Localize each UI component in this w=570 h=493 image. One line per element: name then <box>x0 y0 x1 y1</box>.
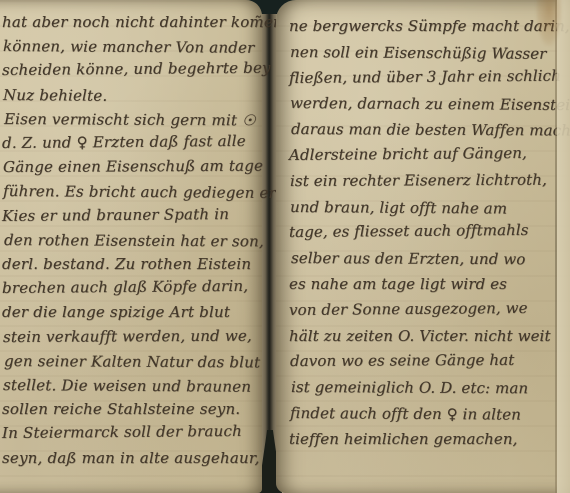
left-page: hat aber noch nicht dahinter kom̃enkönne… <box>0 0 262 493</box>
page-fore-edge-strip <box>557 0 570 493</box>
manuscript-text-line: In Steiermarck soll der brauch <box>2 419 262 445</box>
paper-stain <box>536 0 562 46</box>
manuscript-text-line: ne bergwercks Sümpfe macht darin, <box>289 14 570 40</box>
right-page: ne bergwercks Sümpfe macht darin,nen sol… <box>276 0 570 493</box>
manuscript-text-line: Nuz behielte. <box>3 83 263 109</box>
manuscript-text-line: von der Sonne ausgezogen, we <box>289 295 570 323</box>
manuscript-text-line: d. Z. und ♀ Erzten daß fast alle <box>2 129 262 155</box>
manuscript-text-line: brechen auch glaß Köpfe darin, <box>2 274 262 300</box>
manuscript-text-line: seyn, daß man in alte ausgehaur, <box>2 446 262 470</box>
manuscript-text-line: ist gemeiniglich O. D. etc: man <box>291 375 570 402</box>
manuscript-text-line: stein verkaufft werden, und we, <box>3 323 263 349</box>
manuscript-text-line: tieffen heimlichen gemachen, <box>289 427 570 453</box>
manuscript-text-line: selber aus den Erzten, und wo <box>291 246 570 273</box>
manuscript-text-line: hält zu zeiten O. Victer. nicht weit <box>289 324 570 350</box>
manuscript-text-line: sollen reiche Stahlsteine seyn. <box>2 397 262 421</box>
manuscript-text-line: den rothen Eisenstein hat er son, <box>4 228 264 254</box>
manuscript-text-line: stellet. Die weisen und braunen <box>3 373 263 399</box>
right-page-text: ne bergwercks Sümpfe macht darin,nen sol… <box>289 14 570 453</box>
left-page-text: hat aber noch nicht dahinter kom̃enkönne… <box>2 10 262 470</box>
manuscript-text-line: fließen, und über 3 Jahr ein schlich <box>289 63 570 91</box>
manuscript-text-line: gen seiner Kalten Natur das blut <box>4 349 264 375</box>
manuscript-text-line: Kies er und brauner Spath in <box>2 201 262 227</box>
manuscript-text-line: es nahe am tage ligt wird es <box>289 272 570 298</box>
manuscript-photo: hat aber noch nicht dahinter kom̃enkönne… <box>0 0 570 493</box>
manuscript-text-line: Gänge einen Eisenschuß am tage <box>3 154 263 180</box>
manuscript-text-line: davon wo es seine Gänge hat <box>290 348 570 375</box>
manuscript-text-line: derl. bestand. Zu rothen Eistein <box>2 252 262 276</box>
manuscript-text-line: scheiden könne, und begehrte bey <box>2 56 262 82</box>
manuscript-text-line: Adlersteine bricht auf Gängen, <box>289 141 570 169</box>
manuscript-text-line: hat aber noch nicht dahinter kom̃en <box>2 10 262 34</box>
manuscript-text-line: werden, darnach zu einem Eisenstein <box>290 91 570 119</box>
manuscript-text-line: ist ein rechter Eisenerz lichtroth, <box>290 167 570 194</box>
manuscript-text-line: der die lange spizige Art blut <box>2 300 262 324</box>
manuscript-text-line: findet auch offt den ♀ in alten <box>290 401 570 429</box>
manuscript-text-line: tage, es fliesset auch offtmahls <box>289 218 570 246</box>
